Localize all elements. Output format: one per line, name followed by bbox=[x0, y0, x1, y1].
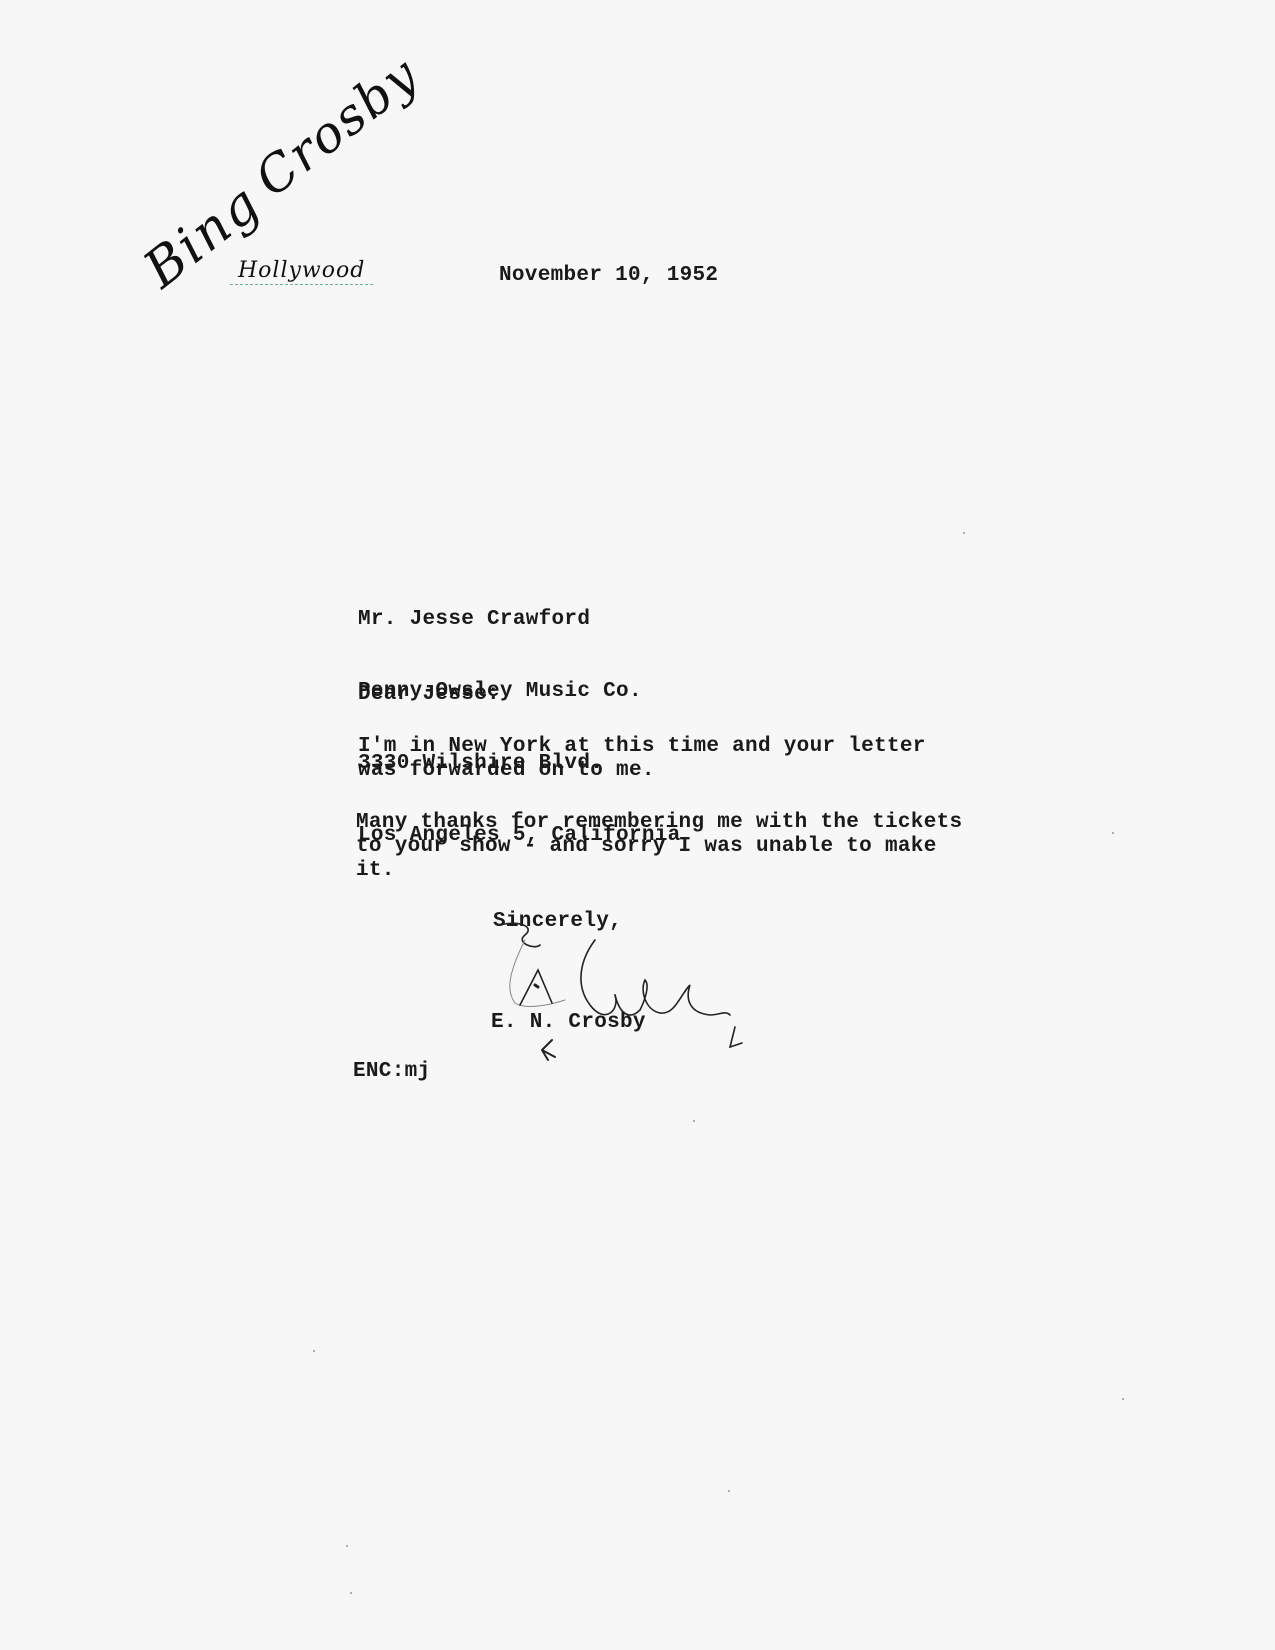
paper-speck bbox=[728, 1490, 730, 1492]
signer-name: E. N. Crosby bbox=[491, 1011, 646, 1035]
paper-speck bbox=[350, 1592, 352, 1594]
enclosure-notation: ENC:mj bbox=[353, 1060, 430, 1084]
paper-speck bbox=[1112, 832, 1114, 834]
letter-page: Bing Crosby Hollywood November 10, 1952 … bbox=[0, 0, 1275, 1650]
handwritten-signature bbox=[480, 915, 780, 1065]
paper-speck bbox=[963, 532, 965, 534]
body-paragraph-2: Many thanks for remembering me with the … bbox=[356, 811, 962, 883]
body-paragraph-1: I'm in New York at this time and your le… bbox=[358, 735, 926, 783]
letterhead-last-name: Crosby bbox=[244, 45, 430, 208]
paper-speck bbox=[1122, 1398, 1124, 1400]
paper-speck bbox=[693, 1120, 695, 1122]
letterhead-location: Hollywood bbox=[230, 258, 373, 285]
letterhead: Bing Crosby Hollywood bbox=[160, 80, 450, 300]
salutation: Dear Jesse: bbox=[358, 683, 500, 707]
letter-date: November 10, 1952 bbox=[499, 264, 718, 288]
recipient-name: Mr. Jesse Crawford bbox=[358, 608, 681, 632]
paper-speck bbox=[313, 1350, 315, 1352]
paper-speck bbox=[346, 1545, 348, 1547]
